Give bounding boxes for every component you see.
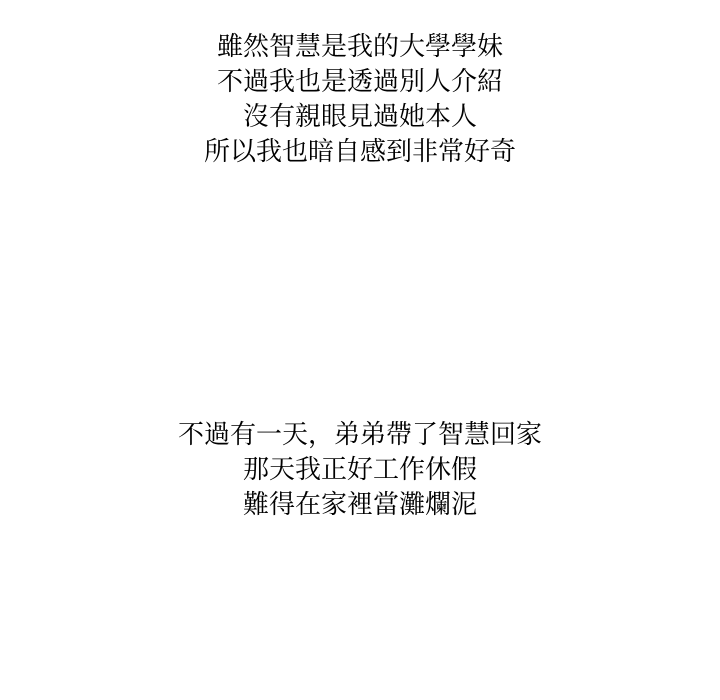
narration-line: 所以我也暗自感到非常好奇	[0, 134, 720, 169]
narration-block-top: 雖然智慧是我的大學學妹 不過我也是透過別人介紹 沒有親眼見過她本人 所以我也暗自…	[0, 29, 720, 169]
narration-line: 雖然智慧是我的大學學妹	[0, 29, 720, 64]
narration-line: 不過有一天，弟弟帶了智慧回家	[0, 417, 720, 452]
narration-line: 難得在家裡當灘爛泥	[0, 487, 720, 522]
narration-line: 那天我正好工作休假	[0, 452, 720, 487]
narration-line: 沒有親眼見過她本人	[0, 99, 720, 134]
narration-block-bottom: 不過有一天，弟弟帶了智慧回家 那天我正好工作休假 難得在家裡當灘爛泥	[0, 417, 720, 522]
narration-line: 不過我也是透過別人介紹	[0, 64, 720, 99]
comic-page: 雖然智慧是我的大學學妹 不過我也是透過別人介紹 沒有親眼見過她本人 所以我也暗自…	[0, 0, 720, 700]
